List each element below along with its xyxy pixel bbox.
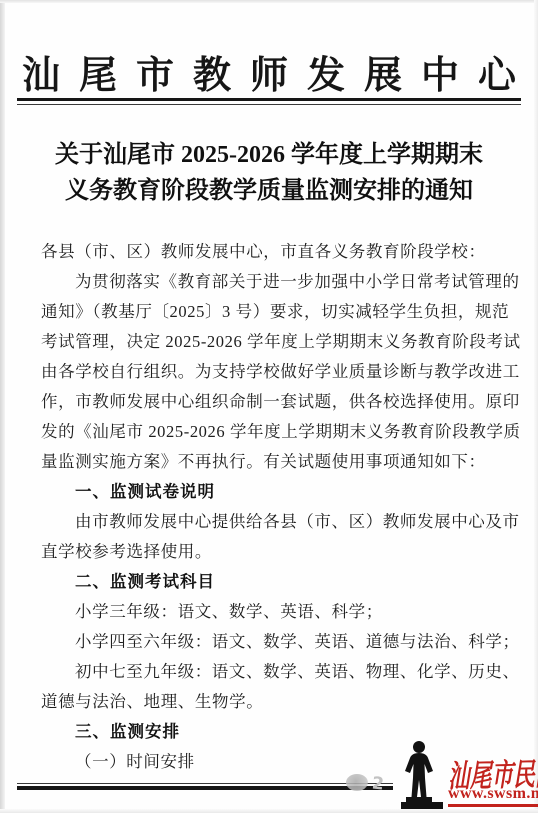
footer-rule-thin	[17, 783, 393, 784]
document-title-line1: 关于汕尾市 2025-2026 学年度上学期期末	[20, 137, 518, 173]
scan-artifact-dot	[346, 774, 368, 791]
footer-rule-thick	[17, 786, 393, 790]
scanned-notice-page: 汕尾市教师发展中心 关于汕尾市 2025-2026 学年度上学期期末 义务教育阶…	[0, 0, 538, 813]
letterhead-rule-thick	[17, 98, 521, 101]
body-line: 直学校参考选择使用。	[41, 537, 497, 567]
document-body: 各县（市、区）教师发展中心，市直各义务教育阶段学校：为贯彻落实《教育部关于进一步…	[41, 237, 497, 777]
person-silhouette-icon	[396, 740, 448, 812]
document-title-line2: 义务教育阶段教学质量监测安排的通知	[20, 173, 518, 209]
body-line: 发的《汕尾市 2025-2026 学年度上学期期末义务教育阶段教学质	[41, 417, 497, 447]
body-line: 道德与法治、地理、生物学。	[41, 687, 497, 717]
body-line: 通知》（教基厅〔2025〕3 号）要求，切实减轻学生负担，规范	[41, 297, 497, 327]
scan-edge-top	[0, 0, 538, 3]
body-line: 二、监测考试科目	[41, 567, 497, 597]
body-line: 作，市教师发展中心组织命制一套试题，供各校选择使用。原印	[41, 387, 497, 417]
body-line: 由市教师发展中心提供给各县（市、区）教师发展中心及市	[41, 507, 497, 537]
body-line: 一、监测试卷说明	[41, 477, 497, 507]
body-line: 初中七至九年级：语文、数学、英语、物理、化学、历史、	[41, 657, 497, 687]
letterhead-org-name: 汕尾市教师发展中心	[0, 44, 538, 99]
site-url: www.swsm.net	[448, 785, 538, 807]
body-line: 小学四至六年级：语文、数学、英语、道德与法治、科学；	[41, 627, 497, 657]
letterhead-text: 汕尾市教师发展中心	[22, 55, 535, 97]
site-watermark: 汕尾市民网 www.swsm.net	[378, 735, 538, 813]
body-line: 各县（市、区）教师发展中心，市直各义务教育阶段学校：	[41, 237, 497, 267]
body-line: 为贯彻落实《教育部关于进一步加强中小学日常考试管理的	[41, 267, 497, 297]
body-line: 由各学校自行组织。为支持学校做好学业质量诊断与教学改进工	[41, 357, 497, 387]
body-line: 小学三年级：语文、数学、英语、科学；	[41, 597, 497, 627]
scan-edge-left	[0, 0, 5, 813]
scan-edge-right	[534, 0, 538, 813]
body-line: 量监测实施方案》不再执行。有关试题使用事项通知如下：	[41, 447, 497, 477]
letterhead-rule-thin	[17, 104, 521, 105]
document-title: 关于汕尾市 2025-2026 学年度上学期期末 义务教育阶段教学质量监测安排的…	[20, 137, 518, 209]
body-line: 考试管理，决定 2025-2026 学年度上学期期末义务教育阶段考试	[41, 327, 497, 357]
